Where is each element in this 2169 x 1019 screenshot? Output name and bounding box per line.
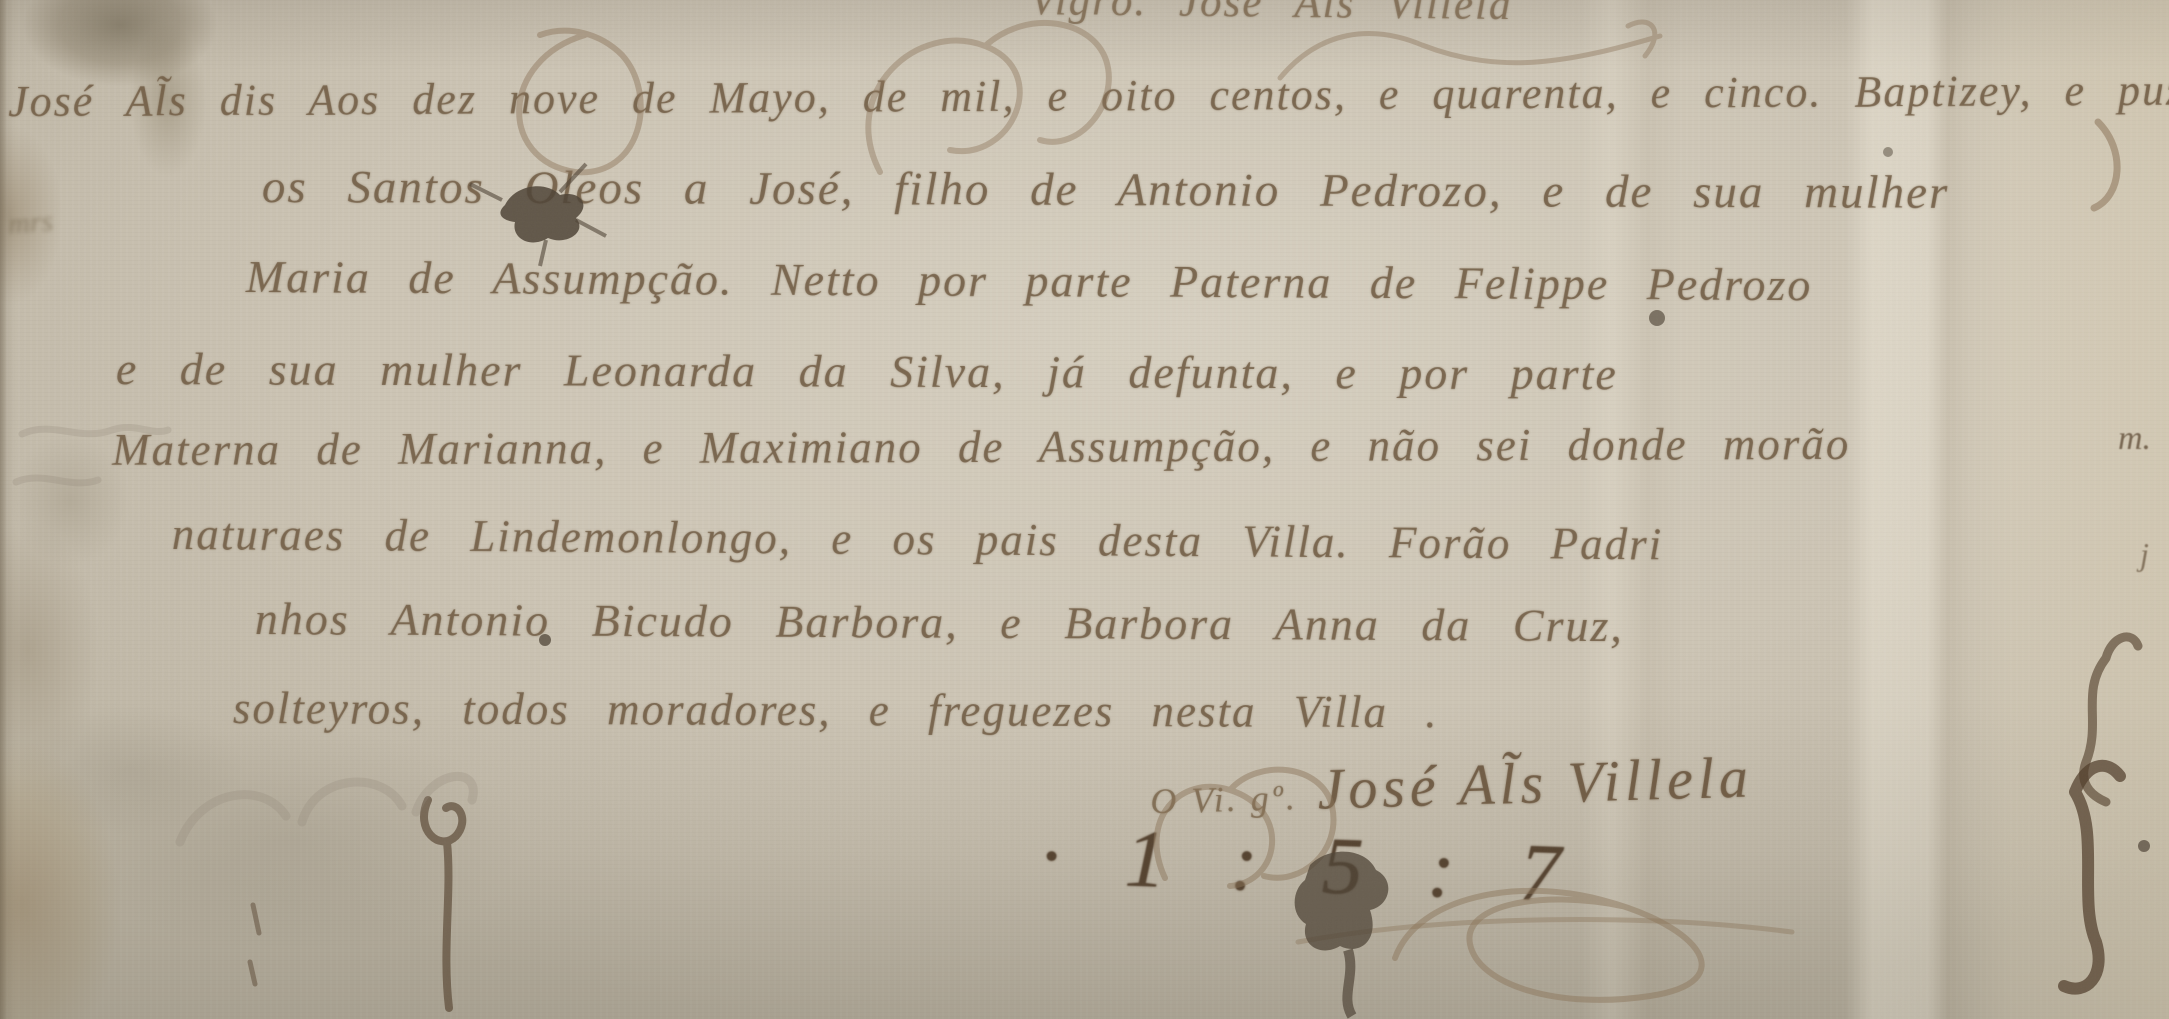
manuscript-page: Vigrō. José Al̃s Villela José Al̃s dis A…	[0, 0, 2169, 1019]
paper-grain	[0, 0, 2169, 1019]
